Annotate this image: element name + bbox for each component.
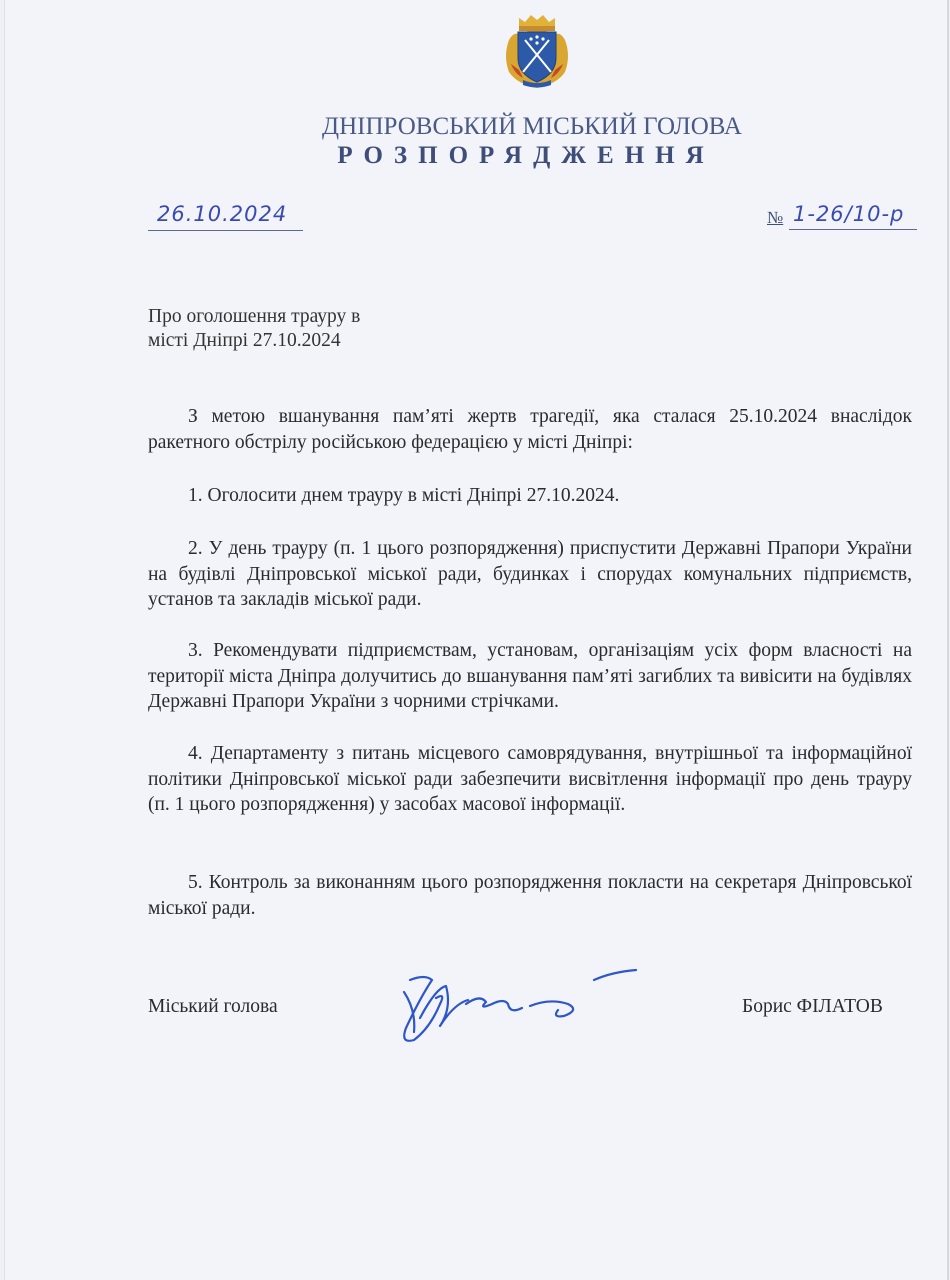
document-page: ДНІПРОВСЬКИЙ МІСЬКИЙ ГОЛОВА РОЗПОРЯДЖЕНН… <box>4 0 949 1280</box>
signatory-name: Борис ФІЛАТОВ <box>742 996 883 1018</box>
preamble-paragraph: З метою вшанування пам’яті жертв трагеді… <box>148 404 912 455</box>
signatory-title: Міський голова <box>148 996 278 1018</box>
order-item-5: 5. Контроль за виконанням цього розпоряд… <box>148 870 912 921</box>
handwritten-date: 26.10.2024 <box>157 202 287 226</box>
subject-line-1: Про оголошення трауру в <box>148 305 360 329</box>
dnipro-coat-of-arms-icon <box>501 12 573 90</box>
number-underline <box>789 229 917 230</box>
handwritten-signature-icon <box>380 958 650 1053</box>
order-item-3: 3. Рекомендувати підприємствам, установа… <box>148 638 912 715</box>
subject-line-2: місті Дніпрі 27.10.2024 <box>148 329 360 353</box>
handwritten-number: 1-26/10-р <box>793 202 904 226</box>
document-type-heading: РОЗПОРЯДЖЕННЯ <box>55 142 950 170</box>
order-item-1: 1. Оголосити днем трауру в місті Дніпрі … <box>148 483 912 509</box>
document-subject: Про оголошення трауру в місті Дніпрі 27.… <box>148 305 360 353</box>
issuing-authority-heading: ДНІПРОВСЬКИЙ МІСЬКИЙ ГОЛОВА <box>61 113 950 141</box>
document-number-field: № 1-26/10-р <box>767 198 917 230</box>
order-item-2: 2. У день трауру (п. 1 цього розпоряджен… <box>148 536 912 613</box>
document-date-field: 26.10.2024 <box>148 198 303 231</box>
order-item-4: 4. Департаменту з питань місцевого самов… <box>148 741 912 818</box>
number-sign-label: № <box>767 208 783 228</box>
